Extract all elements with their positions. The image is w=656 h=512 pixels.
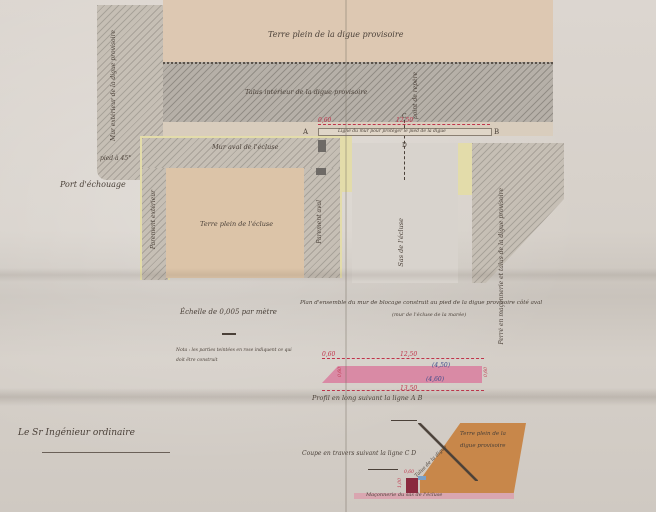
section-cd-underline [368,469,398,470]
channel-pier-right [458,143,472,195]
section-ab-dim-right: 0,60 [484,367,489,377]
barrier-note: Ligne du mur pour protéger le pied de la… [338,129,446,134]
dim-top-left: 0,60 [318,117,331,124]
title-note-line1: Plan d'ensemble du mur de blocage constr… [300,300,542,306]
signature-underline [42,452,170,453]
left-wall-label: Mur extérieur de la digue provisoire [110,30,117,141]
bollard-a [318,140,326,152]
bollard-b [316,168,326,175]
top-ground-label: Terre plein de la digue provisoire [268,30,403,39]
section-cd-fill-label: Terre plein de la digue provisoire [460,428,516,452]
section-ab-dim-top-left: 0,60 [322,351,335,358]
section-cd-dim-side: 1,00 [398,478,403,488]
point-c-label: C [402,113,407,120]
section-cd-base-label: Maçonnerie du sas de l'écluse [366,492,442,498]
section-ab-dim-left: 0,60 [338,367,343,377]
point-a-label: A [303,128,308,136]
section-ab-underline [391,420,417,421]
drawing-sheet: Terre plein de la digue provisoire Talus… [0,0,656,512]
nota-label: Nota : les parties teintées en rose indi… [176,346,296,366]
paper-fold-horizontal-upper [0,268,656,282]
right-hatched-zone [472,143,564,283]
section-cd-caption: Coupe en travers suivant la ligne C D [302,450,416,457]
section-ab-dim-top: 12,50 [400,351,417,358]
dike-mark-label: point de repère [412,72,419,119]
section-cd-water-mark [418,476,426,480]
paper-fold-horizontal [0,388,656,406]
lock-wall-horizontal [140,136,344,172]
section-ab-dim-lower-right: (4,60) [426,376,444,383]
right-channel-wall-label: Parement aval [316,200,323,244]
title-note-line2: (mur de l'écluse de la marée) [392,312,466,318]
scale-bar [222,333,236,335]
lock-channel [352,143,458,283]
scale-label: Échelle de 0,005 par mètre [180,308,277,316]
lock-wall-right-leg [304,168,342,278]
left-wall-foot-label: pied à 45° [100,155,131,162]
dike-slope-label: Talus intérieur de la digue provisoire [245,88,367,96]
port-label: Port d'échouage [60,180,126,189]
right-zone-label: Perré en maçonnerie et talus de la digue… [498,188,505,345]
paper-fold-vertical [345,0,347,512]
point-b-label: B [494,128,499,136]
ab-dimension-line [318,124,490,125]
section-cd-dim-top: 0,60 [404,470,414,475]
lock-ground-label: Terre plein de l'écluse [200,220,273,228]
lock-floor-label: Sas de l'écluse [397,218,405,267]
left-channel-wall-label: Parement extérieur [150,190,157,249]
section-ab-dim-upper-right: (4,50) [432,362,450,369]
signature: Le Sr Ingénieur ordinaire [18,428,135,438]
lock-wall-label: Mur aval de l'écluse [212,143,278,151]
point-d-label: D [402,142,407,149]
